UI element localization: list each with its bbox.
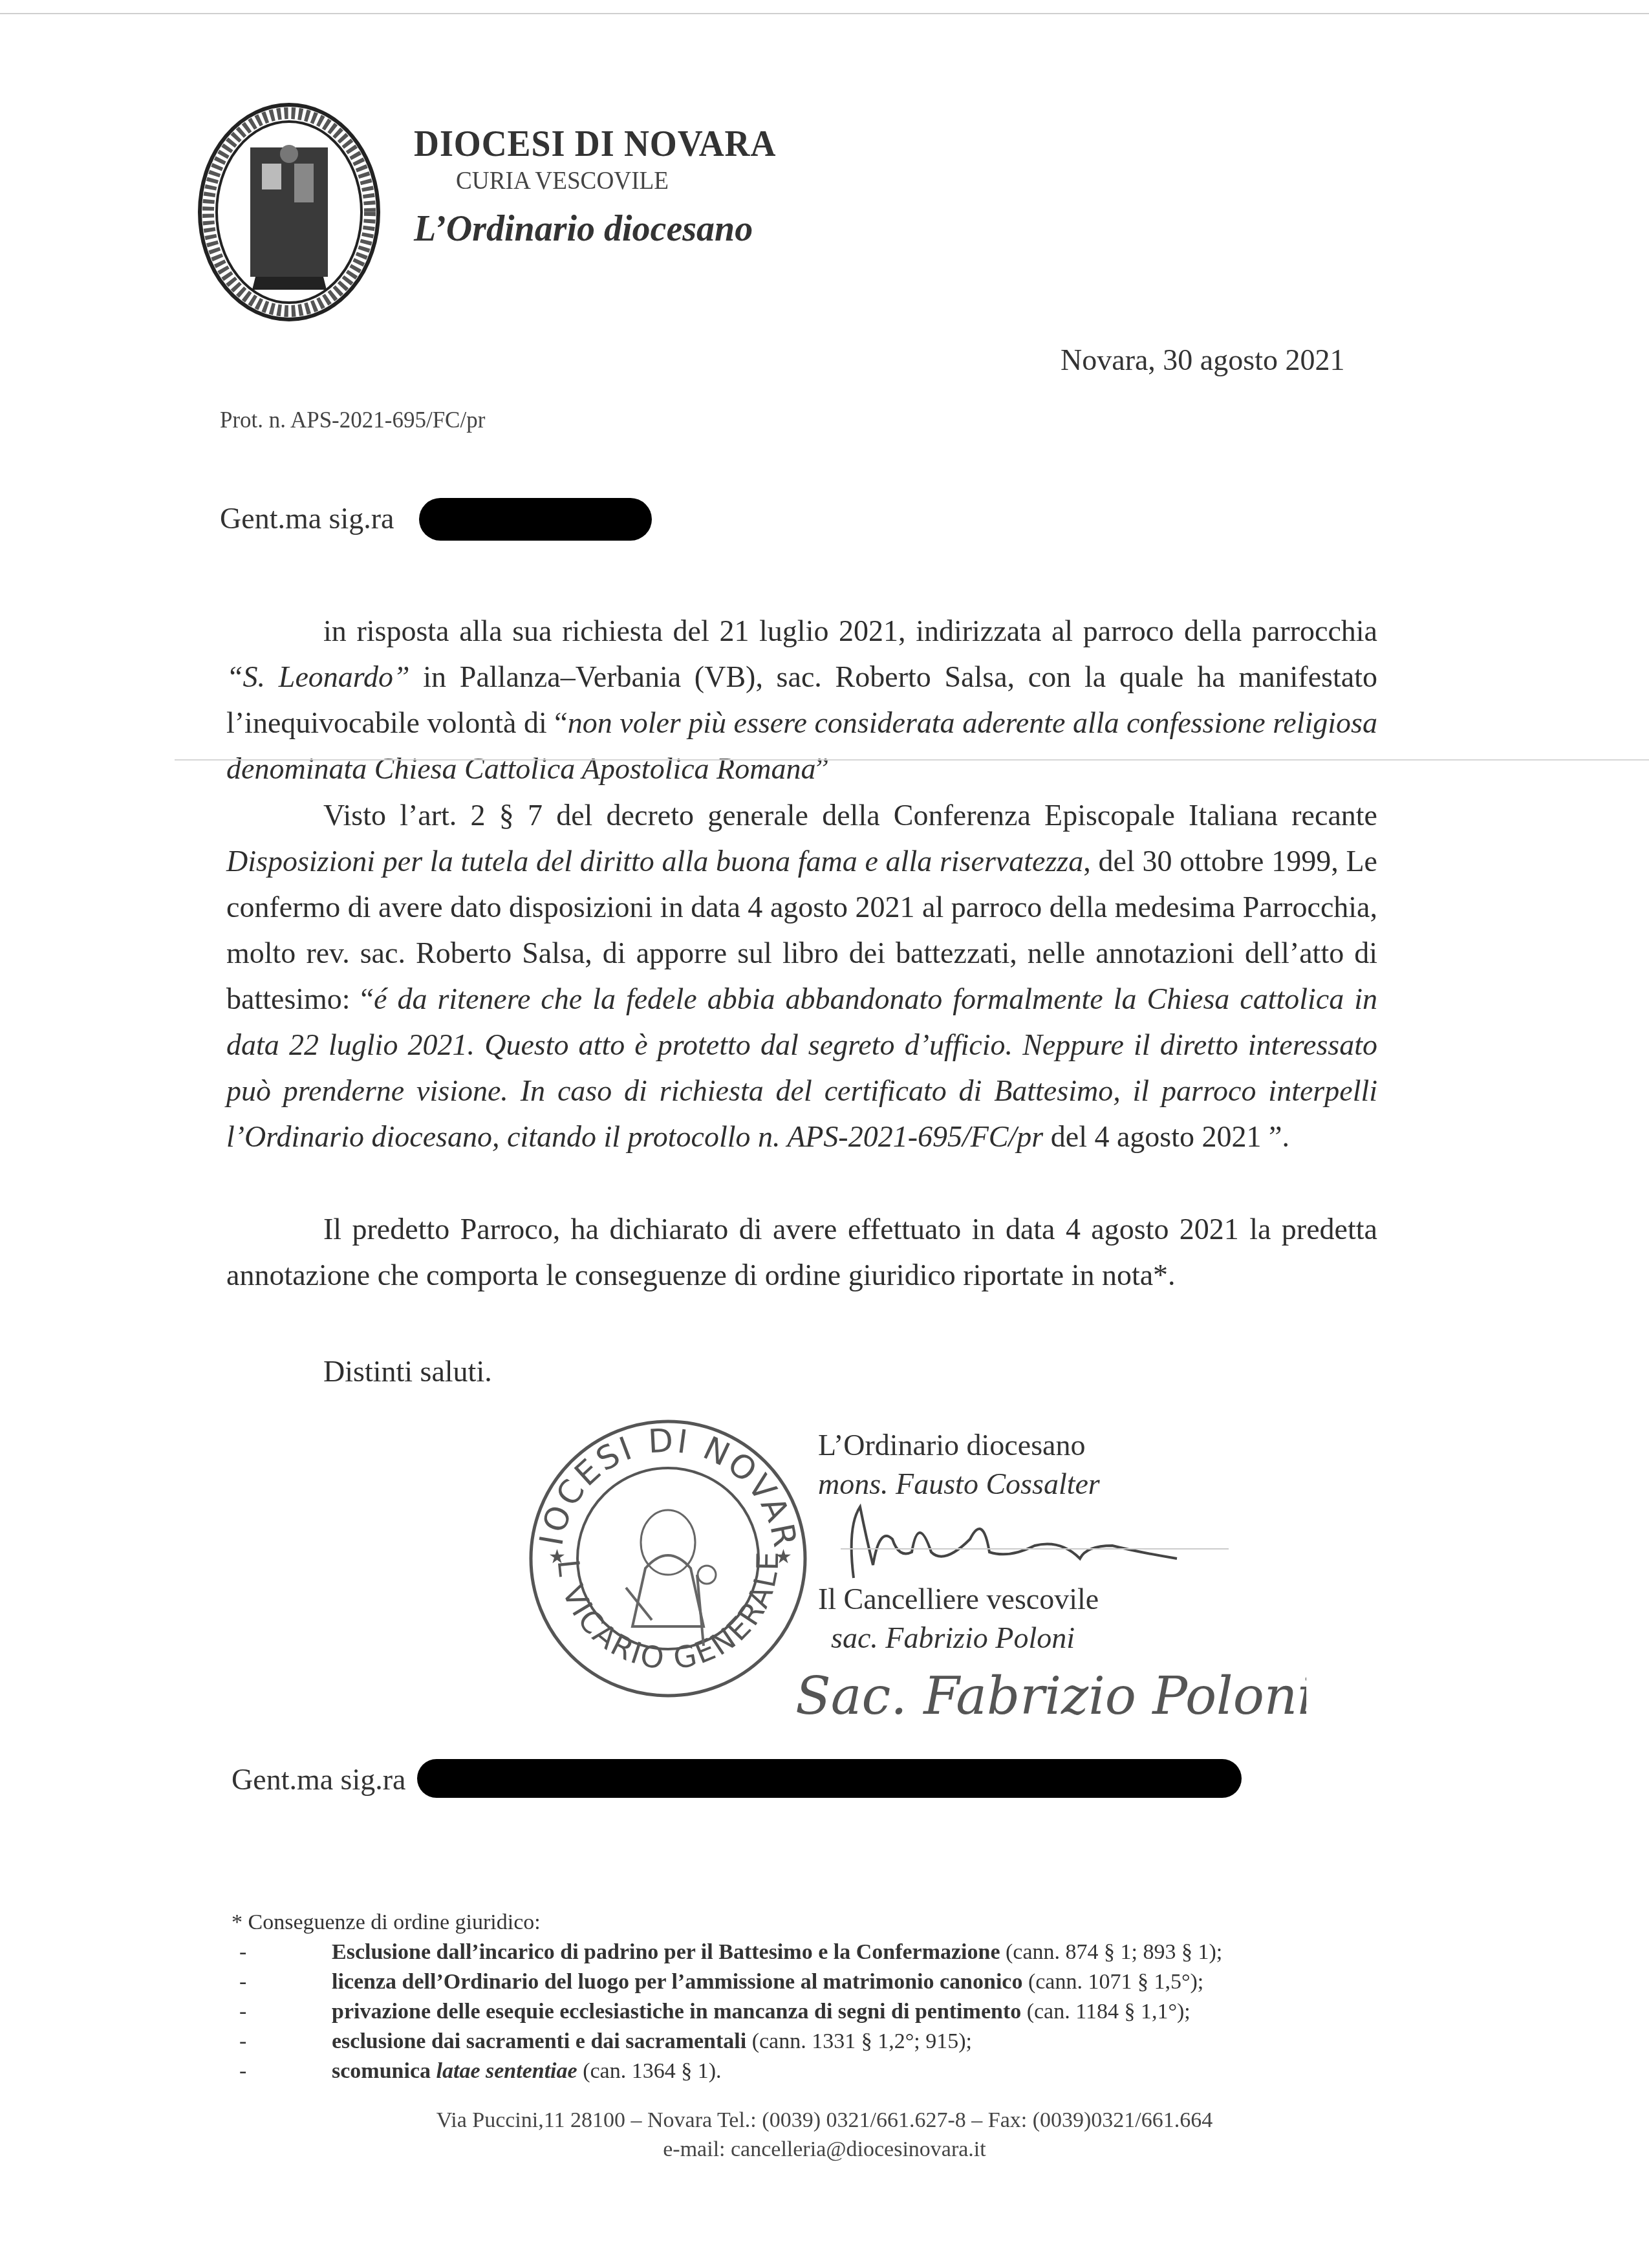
closing-greeting: Distinti saluti.	[226, 1348, 1377, 1394]
note-item: -Esclusione dall’incarico di padrino per…	[232, 1938, 1222, 1967]
svg-text:DIOCESI DI NOVARA: DIOCESI DI NOVARA	[523, 1413, 804, 1551]
signer1-role: L’Ordinario diocesano	[818, 1426, 1100, 1465]
paragraph-decree: Visto l’art. 2 § 7 del decreto generale …	[226, 792, 1377, 1160]
footer-address: Via Puccini,11 28100 – Novara Tel.: (003…	[0, 2108, 1649, 2133]
recipient-line: Gent.ma sig.ra	[232, 1762, 406, 1797]
bullet-dash: -	[239, 1938, 246, 1967]
note-item: -privazione delle esequie ecclesiastiche…	[232, 1997, 1222, 2027]
footer-email: e-mail: cancelleria@diocesinovara.it	[0, 2137, 1649, 2162]
signer1-name: mons. Fausto Cossalter	[818, 1465, 1100, 1504]
note-item: -scomunica latae sententiae (can. 1364 §…	[232, 2057, 1222, 2086]
letterhead-title: DIOCESI DI NOVARA	[414, 122, 776, 165]
paragraph-annotation: Il predetto Parroco, ha dichiarato di av…	[226, 1206, 1377, 1298]
protocol-number: Prot. n. APS-2021-695/FC/pr	[220, 407, 485, 433]
notes-list: -Esclusione dall’incarico di padrino per…	[232, 1938, 1222, 2086]
bullet-dash: -	[239, 2027, 246, 2057]
scan-edge-line	[0, 13, 1649, 14]
bullet-dash: -	[239, 1967, 246, 1997]
handwritten-signature-icon	[841, 1500, 1229, 1591]
svg-text:★: ★	[548, 1546, 566, 1568]
vicar-general-seal-icon: DIOCESI DI NOVARA IL VICARIO GENERALE ★ …	[523, 1413, 814, 1704]
note-item: -esclusione dai sacramenti e dai sacrame…	[232, 2027, 1222, 2057]
salutation: Gent.ma sig.ra	[220, 501, 394, 535]
note-item: -licenza dell’Ordinario del luogo per l’…	[232, 1967, 1222, 1997]
svg-text:Sac. Fabrizio Poloni: Sac. Fabrizio Poloni	[795, 1666, 1306, 1726]
scan-artifact-line	[175, 759, 1649, 761]
redaction-bar	[419, 498, 652, 541]
bullet-dash: -	[239, 2057, 246, 2086]
legal-consequences-notes: * Conseguenze di ordine giuridico: -Escl…	[232, 1908, 1222, 2086]
redaction-bar	[417, 1759, 1242, 1798]
notes-heading: * Conseguenze di ordine giuridico:	[232, 1908, 1222, 1938]
letterhead-subtitle: CURIA VESCOVILE	[456, 165, 669, 195]
bullet-dash: -	[239, 1997, 246, 2027]
diocese-crest-icon	[197, 102, 382, 322]
svg-text:★: ★	[775, 1546, 792, 1568]
date-line: Novara, 30 agosto 2021	[1061, 343, 1344, 377]
paragraph-request: in risposta alla sua richiesta del 21 lu…	[226, 608, 1377, 792]
letterhead-office: L’Ordinario diocesano	[414, 208, 753, 250]
handwritten-signature-icon: Sac. Fabrizio Poloni	[789, 1636, 1306, 1740]
